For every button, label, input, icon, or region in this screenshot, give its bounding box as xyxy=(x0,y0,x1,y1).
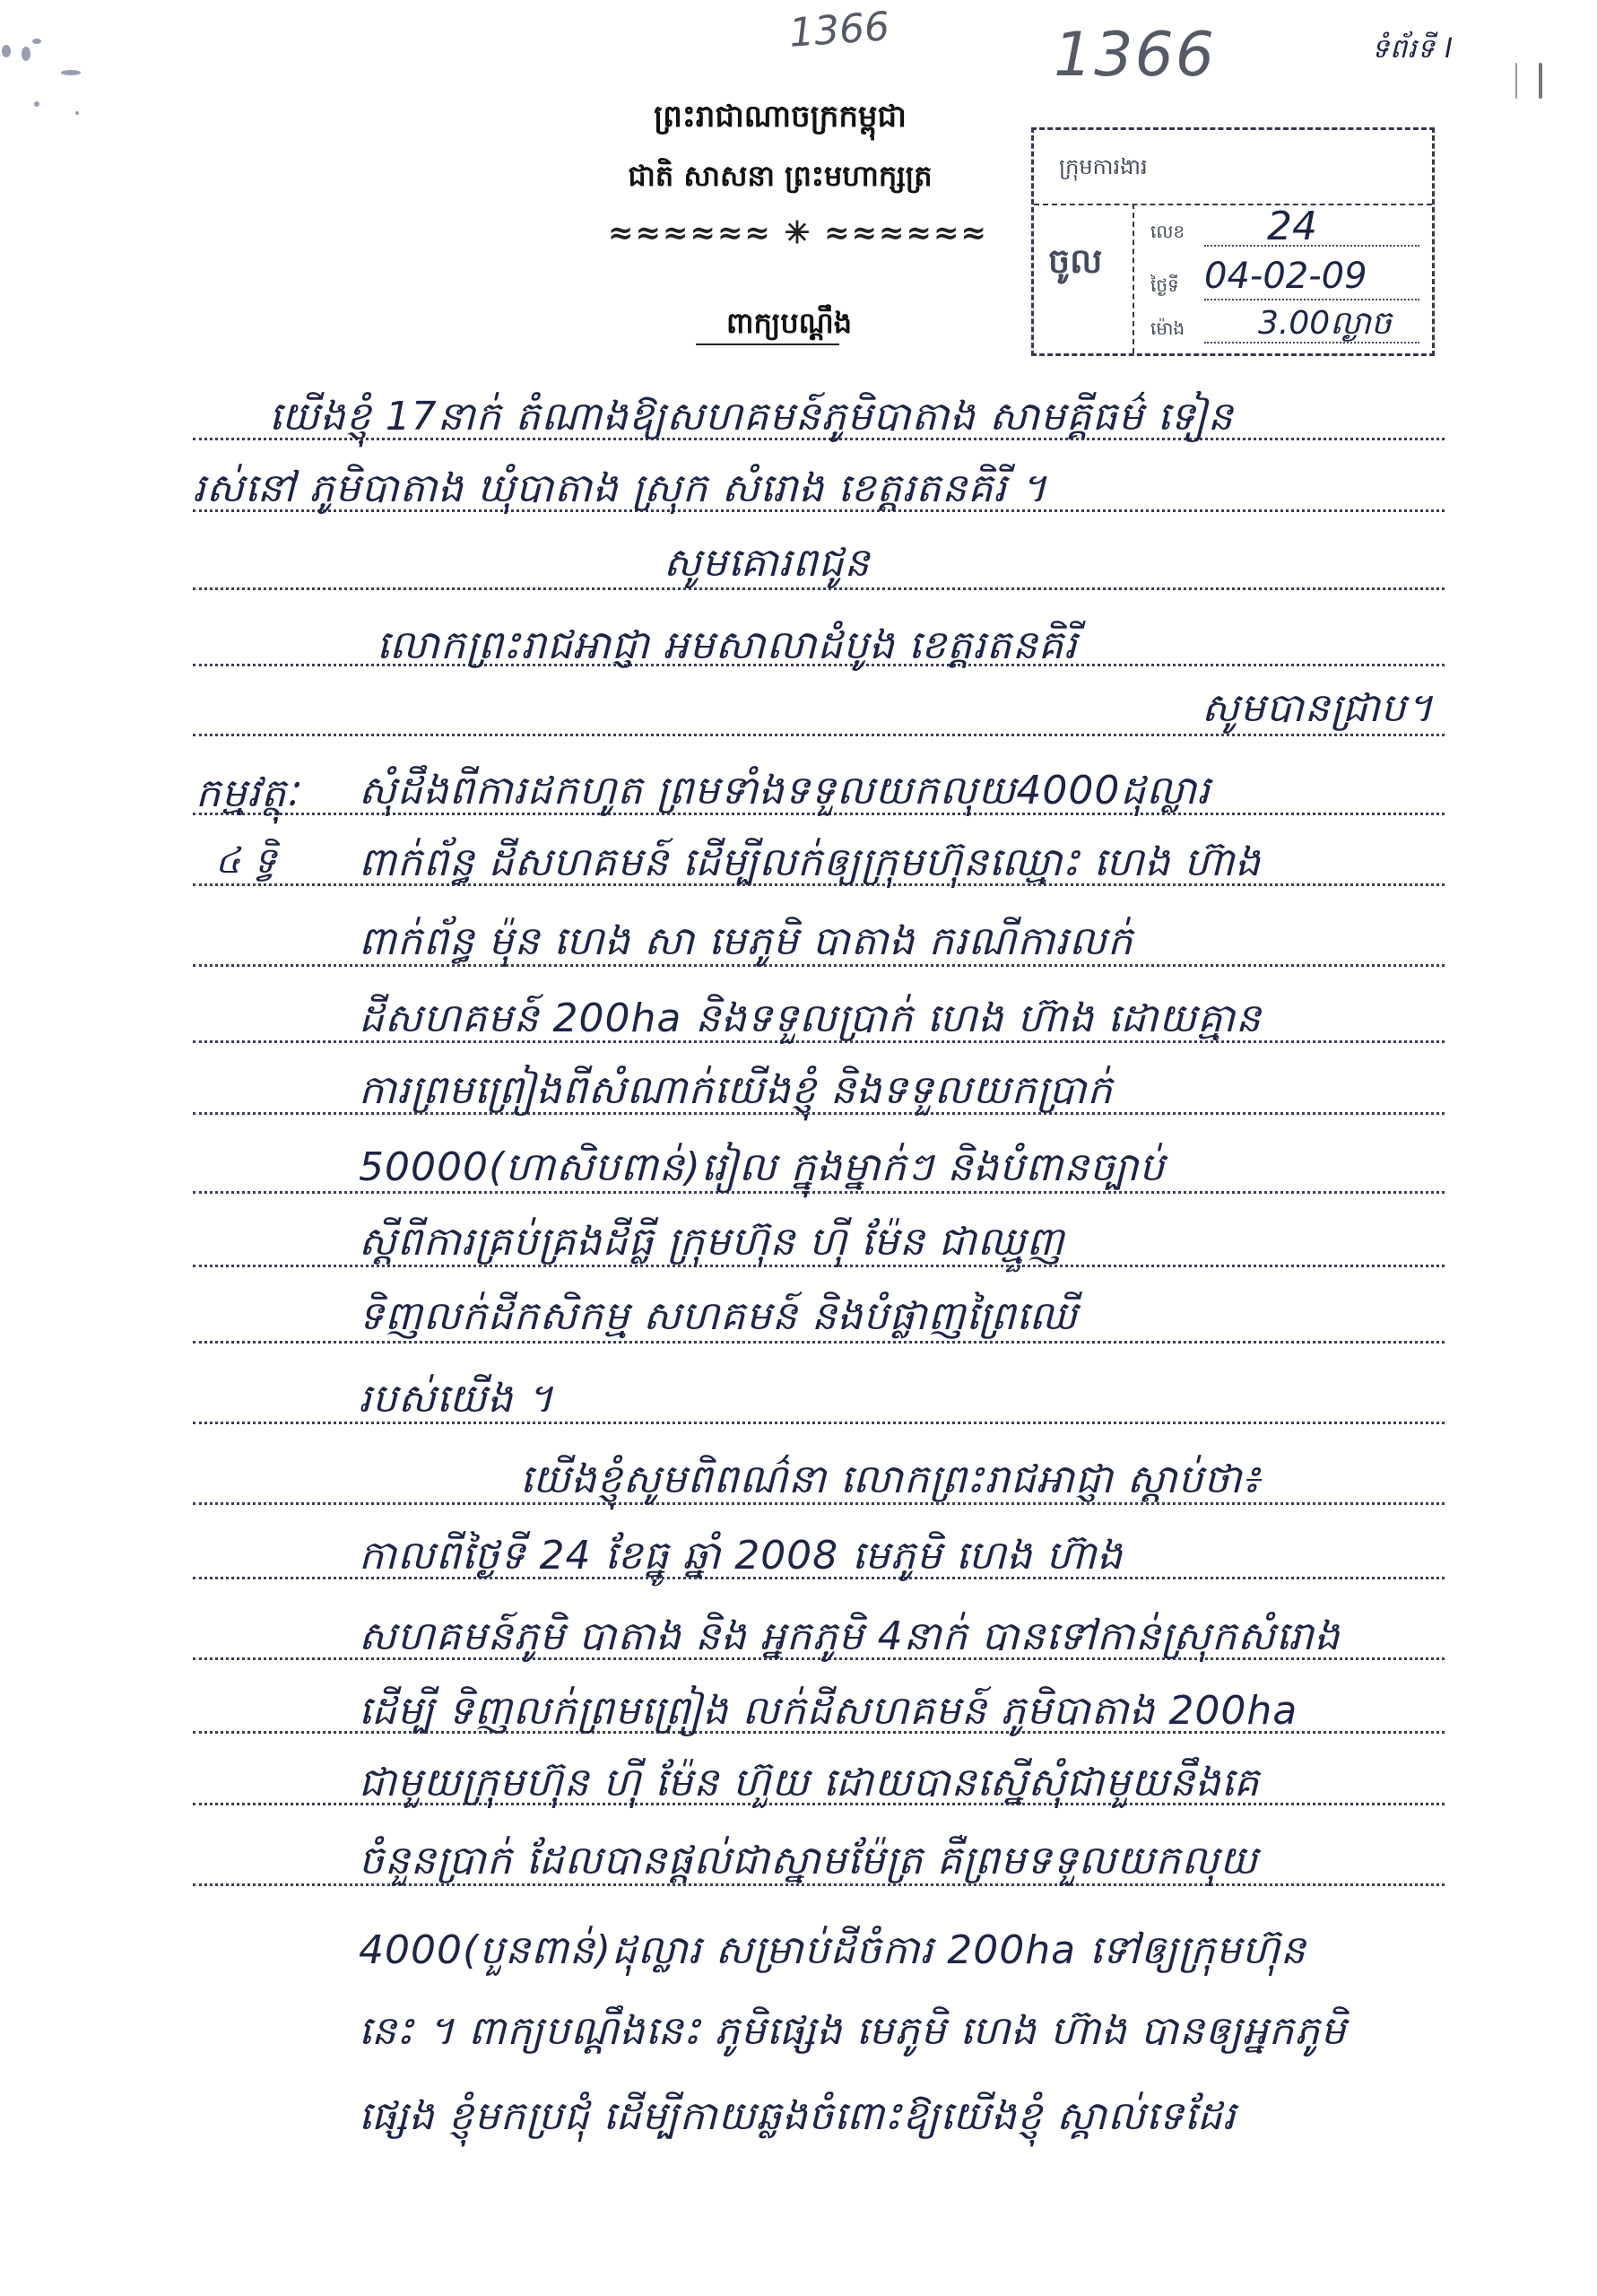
subject-line-9: របស់យើង ។ xyxy=(359,1372,554,1426)
narrative-line-9: ផ្សេង ខ្ញុំមកប្រជុំ ដើម្បីកាយឆ្លងចំពោះឱ្… xyxy=(359,2090,1237,2144)
narrative-line-6: ចំនួនប្រាក់ ដែលបានផ្ដល់ជាស្នាមម៉ែត្រ គឺព… xyxy=(359,1834,1258,1888)
pencil-number-center: 1366 xyxy=(1054,20,1216,91)
stamp-date-value: 04-02-09 xyxy=(1204,256,1367,297)
stamp-number-value: 24 xyxy=(1267,204,1317,249)
edge-mark xyxy=(1515,63,1517,99)
subject-line-3: ពាក់ព័ន្ធ ម៉ុន ហេង សា មេភូមិ បាតាង ករណីក… xyxy=(359,915,1133,969)
scan-speck xyxy=(32,39,41,44)
document-title: ពាក្យបណ្តឹង xyxy=(690,305,888,347)
subject-line-4: ដីសហគមន៍ 200ha និងទទួលប្រាក់ ហេង ហ៊ាង ដោ… xyxy=(359,992,1262,1046)
stamp-time-label: ម៉ោង xyxy=(1150,317,1185,344)
addressee: លោកព្រះរាជអាជ្ញា អមសាលាដំបូង ខេត្តរតនគិរ… xyxy=(377,619,1078,673)
stamp-received-box: ចូល xyxy=(1034,204,1134,353)
subject-line-6: 50000(ហាសិបពាន់)រៀល ក្នុងម្នាក់ៗ និងបំពា… xyxy=(359,1141,1165,1195)
narrative-line-5: ជាមួយក្រុមហ៊ុន ហ៊ី ម៉ែន ហ៊ួយ ដោយបានស្នើស… xyxy=(359,1756,1260,1810)
narrative-line-3: សហគមន៍ភូមិ បាតាង និង អ្នកភូមិ 4នាក់ បានទ… xyxy=(359,1610,1341,1664)
stamp-time-value: 3.00ល្ងាច xyxy=(1258,302,1392,350)
scan-speck xyxy=(75,111,79,115)
salutation: សូមគោរពជូន xyxy=(664,536,870,590)
subject-line-2: ពាក់ព័ន្ធ ដីសហគមន៍ ដើម្បីលក់ឲ្យក្រុមហ៊ុន… xyxy=(359,836,1261,890)
stamp-date-dots xyxy=(1204,299,1419,300)
stamp-received-label: ចូល xyxy=(1048,239,1102,290)
ornament-divider: ≈≈≈≈≈≈ ✳ ≈≈≈≈≈≈ xyxy=(556,215,1040,251)
pencil-number-left: 1366 xyxy=(787,4,890,57)
subject-margin-note: ៤ ទ្វិ xyxy=(215,834,277,888)
scan-speck xyxy=(2,45,11,57)
intro-line-1: យើងខ្ញុំ 17នាក់ តំណាងឱ្យសហគមន៍ភូមិបាតាង … xyxy=(269,390,1234,444)
scan-speck xyxy=(22,47,30,61)
receipt-stamp: ក្រុមការងារ ចូល លេខ 24 ថ្ងៃទី 04-02-09 ម… xyxy=(1031,127,1435,356)
subject-line-8: ទិញលក់ដីកសិកម្ម សហគមន៍ និងបំផ្លាញព្រៃឈើ xyxy=(359,1290,1078,1344)
scan-speck xyxy=(34,101,39,107)
scan-speck xyxy=(61,70,81,75)
subject-line-7: ស្ដីពីការគ្រប់គ្រងដីធ្លី ក្រុមហ៊ុន ហ៊ី ម… xyxy=(359,1215,1064,1269)
stamp-office-label: ក្រុមការងារ xyxy=(1059,153,1148,185)
subject-label: កម្មវត្ថុៈ xyxy=(195,767,299,821)
motto-heading: ជាតិ សាសនា ព្រះមហាក្សត្រ xyxy=(556,158,1004,200)
narrative-line-8: នេះ ។ ពាក្យបណ្ដឹងនេះ ភូមិផ្សេង មេភូមិ ហេ… xyxy=(359,2005,1347,2058)
narrative-line-1: យើងខ្ញុំសូមពិពណ៌នា លោកព្រះរាជអាជ្ញា ស្ដា… xyxy=(520,1453,1261,1507)
kingdom-heading: ព្រះរាជាណាចក្រកម្ពុជា xyxy=(538,97,1022,142)
stamp-date-label: ថ្ងៃទី xyxy=(1150,274,1179,300)
subject-line-5: ការព្រមព្រៀងពីសំណាក់យើងខ្ញុំ និងទទួលយកប្… xyxy=(359,1064,1113,1118)
narrative-line-7: 4000(បួនពាន់)ដុល្លារ សម្រាប់ដីចំការ 200h… xyxy=(359,1924,1306,1978)
subject-line-1: សុំដឹងពីការដកហូត ព្រមទាំងទទួលយកលុយ4000ដុ… xyxy=(359,764,1211,818)
closing-salutation: សូមបានជ្រាប។ xyxy=(1202,682,1434,735)
narrative-line-4: ដើម្បី ទិញលក់ព្រមព្រៀង លក់ដីសហគមន៍ ភូមិប… xyxy=(359,1684,1298,1738)
edge-mark xyxy=(1539,63,1542,99)
page-label: ទំព័រទី I xyxy=(1372,31,1454,71)
stamp-header-row: ក្រុមការងារ xyxy=(1034,130,1432,205)
stamp-number-label: លេខ xyxy=(1150,220,1185,247)
title-underline xyxy=(696,344,839,345)
narrative-line-2: កាលពីថ្ងៃទី 24 ខែធ្នូ ឆ្នាំ 2008 មេភូមិ … xyxy=(359,1529,1123,1583)
intro-line-2: រស់នៅ ភូមិបាតាង ឃុំបាតាង ស្រុក សំរោង ខេត… xyxy=(193,462,1047,516)
